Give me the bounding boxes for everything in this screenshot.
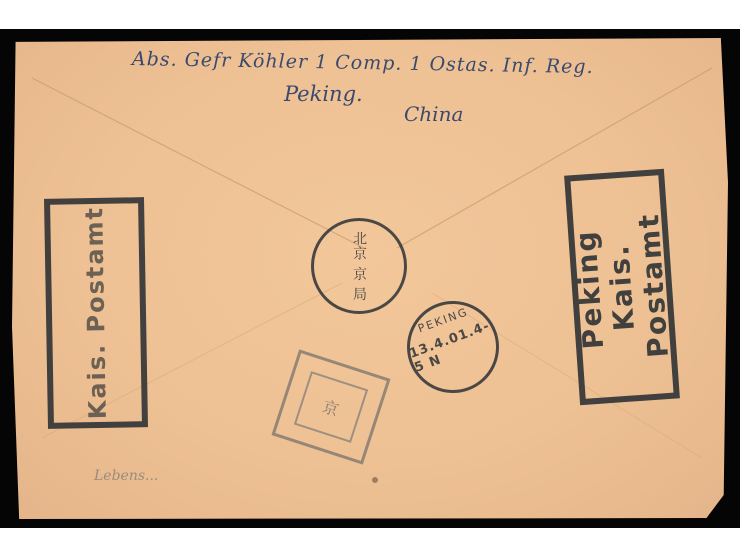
faint-pencil-note: Lebens... <box>94 468 158 484</box>
square-seal-inner: 京 <box>294 371 368 443</box>
boxed-postmark-right: Peking Kais. Postamt <box>564 169 680 405</box>
boxed-postmark-left-text: Kais. Postamt <box>78 206 114 420</box>
chinese-postmark-text: 北京 京 局 <box>350 231 368 302</box>
sender-country: China <box>404 102 463 126</box>
boxed-postmark-right-text: Peking Kais. Postamt <box>567 175 678 399</box>
sender-city: Peking. <box>284 82 363 106</box>
chinese-circular-postmark: 北京 京 局 <box>311 218 407 314</box>
envelope: Abs. Gefr Köhler 1 Comp. 1 Ostas. Inf. R… <box>12 38 728 519</box>
boxed-postmark-left: Kais. Postamt <box>44 197 148 429</box>
